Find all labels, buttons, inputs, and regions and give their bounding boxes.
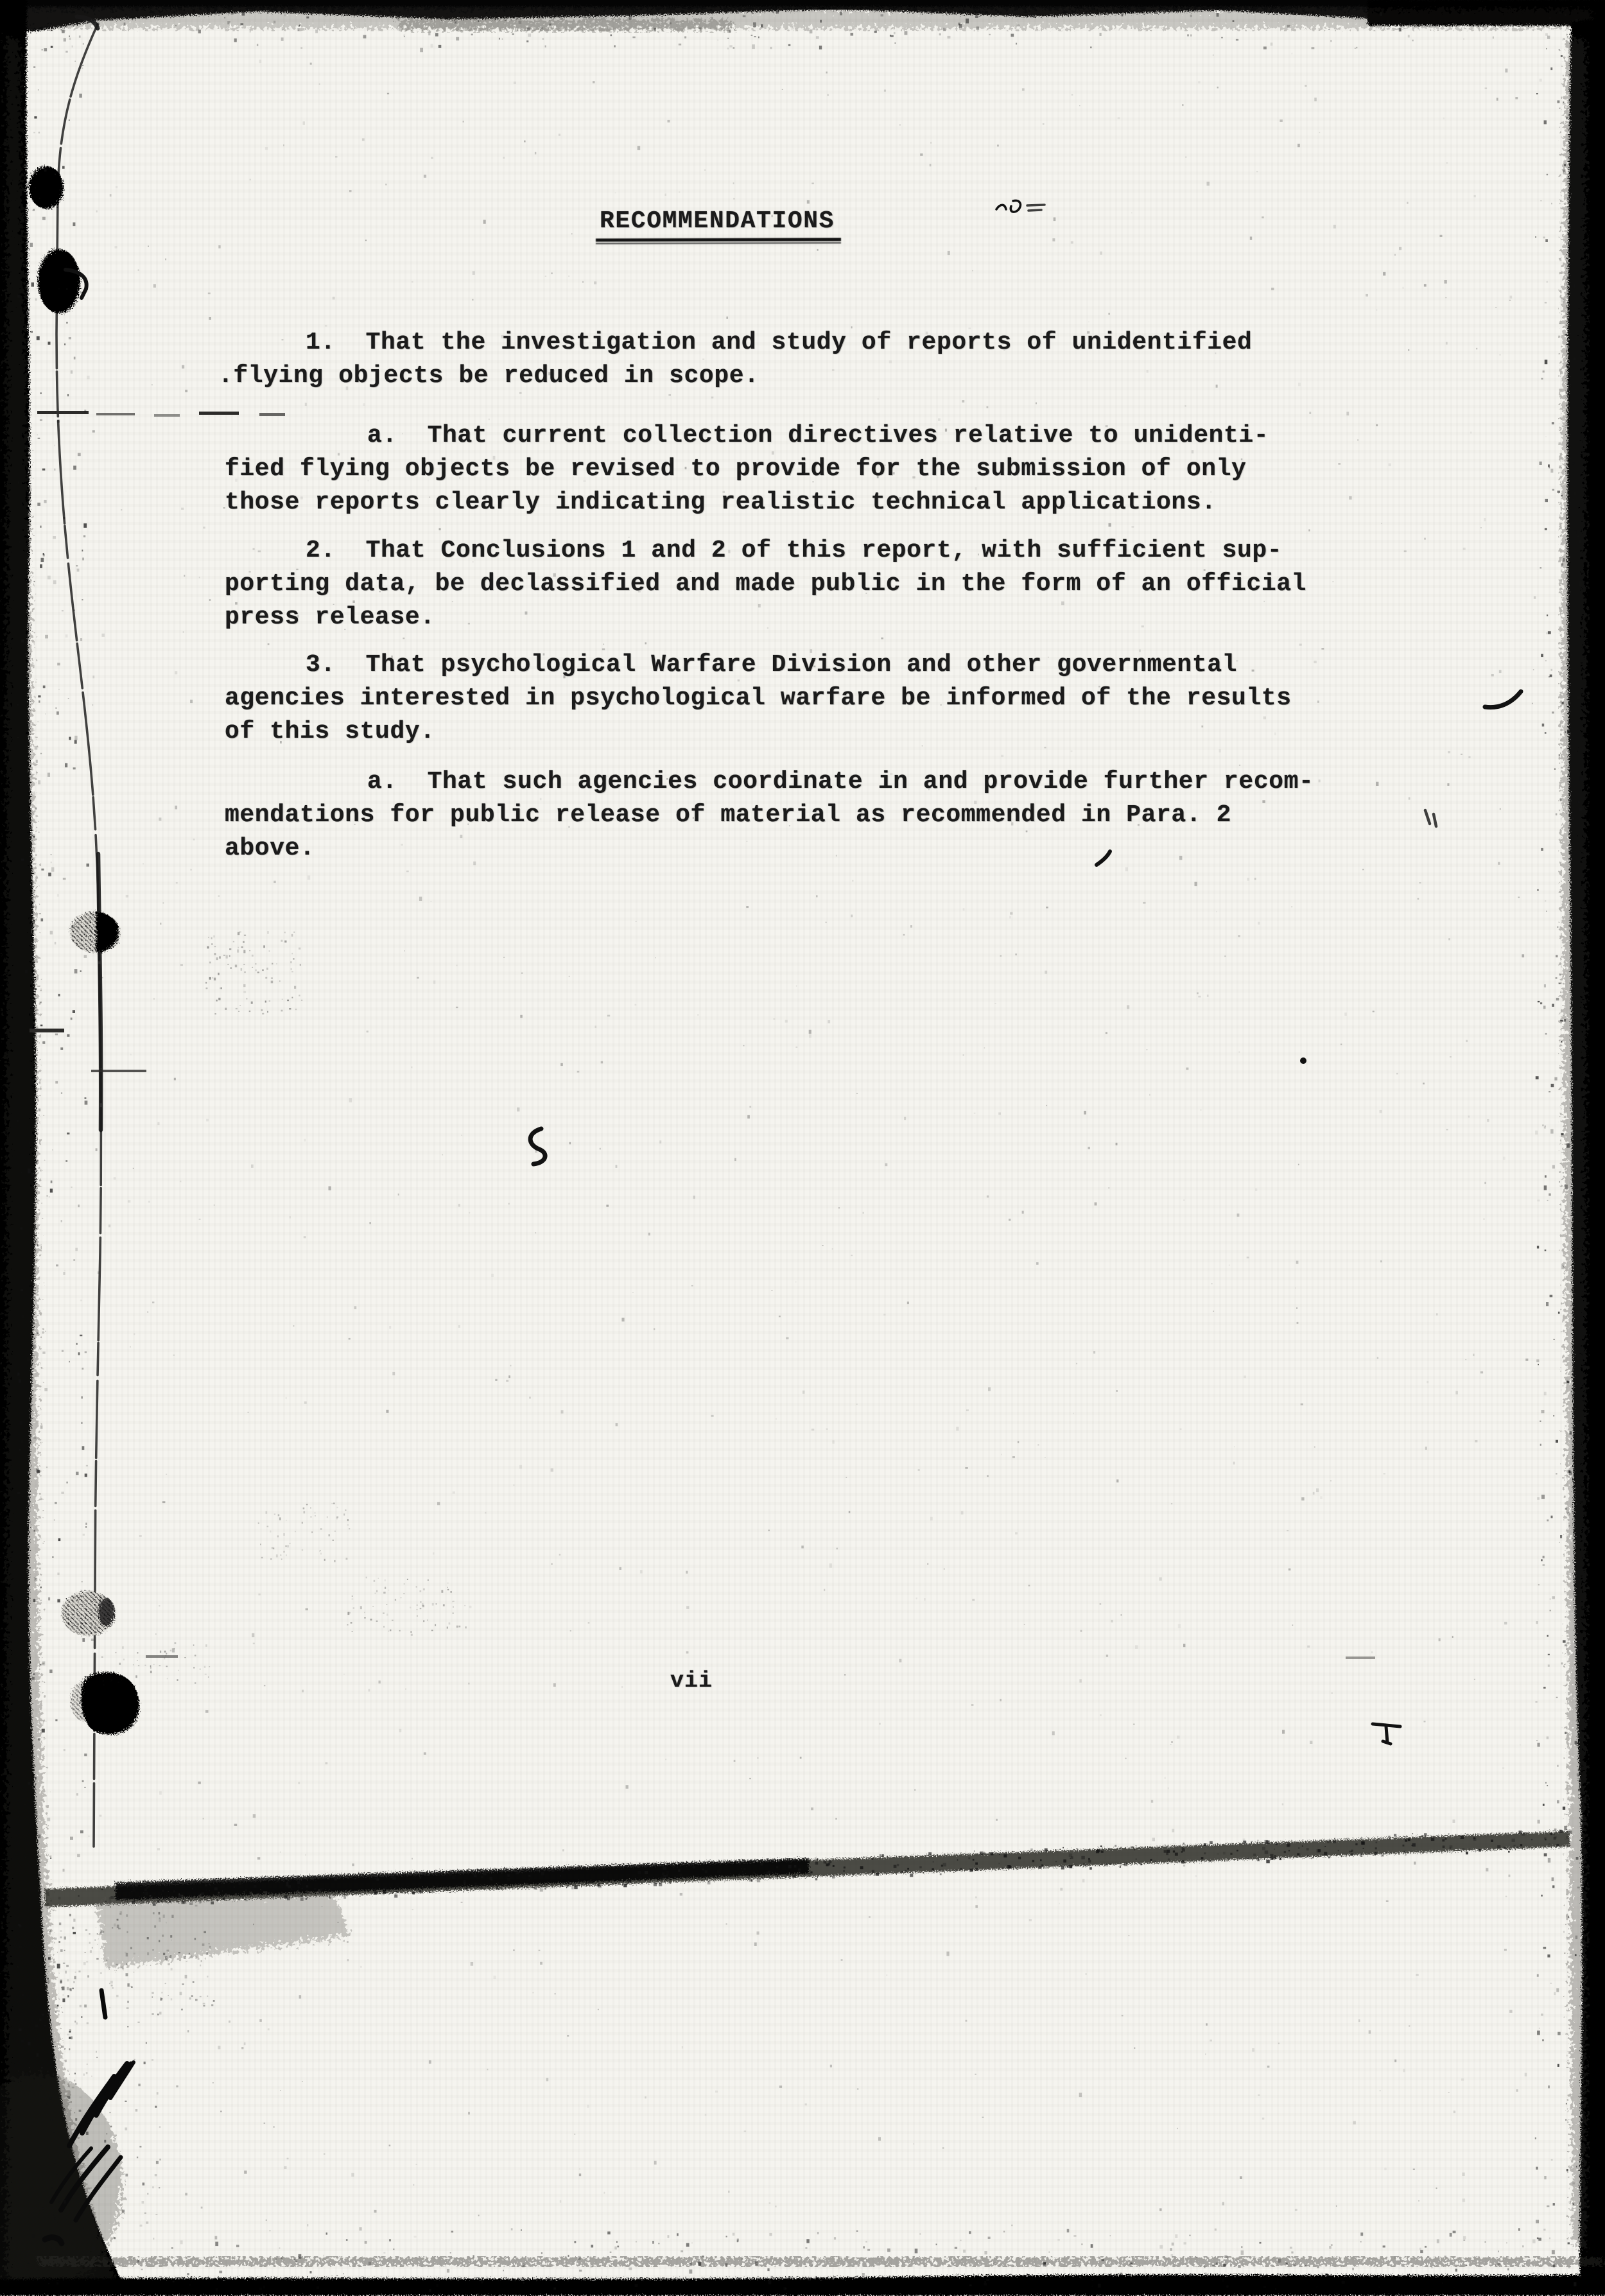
paragraph-line: those reports clearly indicating realist… [225,489,1217,516]
ink-dot [1300,1057,1306,1064]
paragraph-line: of this study. [225,718,435,745]
hole-punch-mark [62,1591,115,1636]
paragraph-line: mendations for public release of materia… [225,801,1231,829]
scan-crease-band [45,1831,1570,1968]
dash-marks [30,411,1375,1659]
paragraph-line: press release. [225,604,435,631]
paragraph-line: 3. That psychological Warfare Division a… [306,651,1237,679]
squiggle-top [996,205,1006,209]
scanned-page: RECOMMENDATIONS 1. That the investigatio… [0,0,1605,2296]
paragraph-line: a. That such agencies coordinate in and … [367,768,1314,796]
paragraph-line: 1. That the investigation and study of r… [306,329,1252,356]
scan-edge-top [0,0,1605,33]
ink-blob [29,166,64,209]
squiggle-top [1027,205,1045,211]
squiggle-top [1011,200,1020,212]
page-number: vii [670,1668,713,1694]
paragraph-line: .flying objects be reduced in scope. [218,362,759,390]
tick-right [1425,810,1436,826]
paragraph-line: agencies interested in psychological war… [225,684,1292,712]
paragraph-line: porting data, be declassified and made p… [225,570,1306,598]
paragraph-line: a. That current collection directives re… [367,422,1269,449]
gamma-mark [1373,1724,1400,1744]
paragraph-line: fied flying objects be revised to provid… [225,455,1246,483]
paragraph-line: 2. That Conclusions 1 and 2 of this repo… [306,537,1282,564]
paragraph-line: above. [225,835,315,862]
hole-punch-mark [70,912,120,953]
scan-edge-right [1562,16,1605,2296]
scan-edge-bottom [0,2257,1605,2296]
swash-right [1485,691,1521,708]
ink-blobs [29,166,139,1734]
title-underline [596,238,841,244]
ink-blob [38,249,80,313]
page-title: RECOMMENDATIONS [600,207,835,235]
s-squiggle [530,1129,545,1164]
ink-blob [71,1673,139,1735]
swash-small [1097,851,1110,865]
